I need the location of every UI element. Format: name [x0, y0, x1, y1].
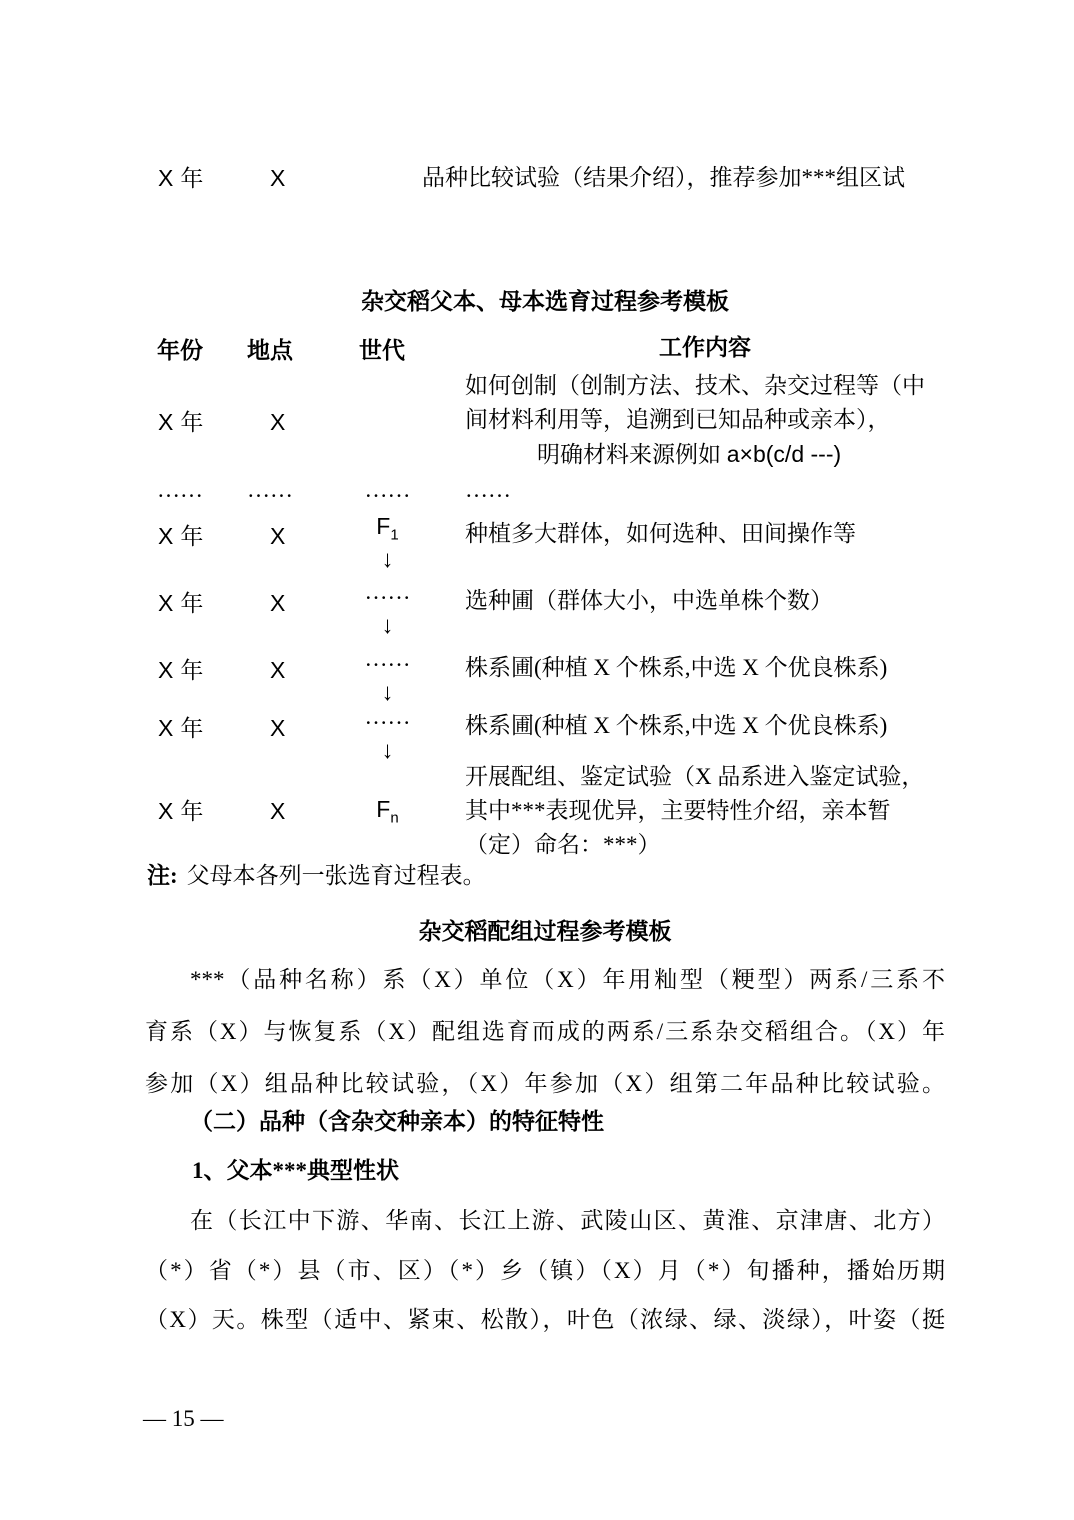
generation-ellipsis: ……: [340, 578, 435, 607]
sub-subsection-heading: 1、父本***典型性状: [192, 1157, 399, 1186]
continuation-row-location: X: [270, 164, 285, 193]
row-year-cell: X年: [158, 656, 203, 685]
subsection-heading: （二）品种（含杂交种亲本）的特征特性: [190, 1108, 604, 1137]
down-arrow-icon: ↓: [340, 739, 435, 763]
row-location-cell: X: [270, 714, 285, 743]
work-content-line: 其中***表现优异，主要特性介绍，亲本暂: [465, 797, 891, 826]
work-content-line: 选种圃（群体大小，中选单株个数）: [465, 587, 833, 616]
ellipsis-cell: ……: [157, 476, 203, 505]
work-content-line: 间材料利用等，追溯到已知品种或亲本），: [465, 406, 891, 435]
paragraph-line: ***（品种名称）系（X）单位（X）年用籼型（粳型）两系/三系不: [190, 966, 945, 995]
ellipsis-cell: ……: [340, 476, 435, 505]
row-location-cell: X: [270, 522, 285, 551]
ellipsis-cell: ……: [465, 476, 511, 505]
breeding-table-title: 杂交稻父本、母本选育过程参考模板: [145, 288, 945, 317]
down-arrow-icon: ↓: [340, 681, 435, 705]
row-location-cell: X: [270, 408, 285, 437]
table-note-label: 注:: [147, 863, 178, 888]
down-arrow-icon: ↓: [340, 614, 435, 638]
document-page: X年 X 品种比较试验（结果介绍），推荐参加***组区试 杂交稻父本、母本选育过…: [0, 0, 1074, 1520]
row-year-cell: X年: [158, 408, 203, 437]
generation-ellipsis: ……: [340, 645, 435, 674]
row-year-cell: X年: [158, 797, 203, 826]
work-content-line: 株系圃(种植 X 个株系,中选 X 个优良株系): [465, 712, 887, 741]
row-year-cell: X年: [158, 589, 203, 618]
generation-ellipsis: ……: [340, 703, 435, 732]
column-header-generation: 世代: [359, 337, 405, 366]
column-header-year: 年份: [157, 337, 203, 366]
table-note-text: 父母本各列一张选育过程表。: [187, 863, 486, 888]
row-location-cell: X: [270, 589, 285, 618]
generation-f1: F1: [340, 512, 435, 545]
down-arrow-icon: ↓: [340, 548, 435, 572]
paragraph-line: 育系（X）与恢复系（X）配组选育而成的两系/三系杂交稻组合。（X）年: [145, 1018, 945, 1047]
table-note: 注:父母本各列一张选育过程表。: [147, 862, 486, 891]
continuation-row-content: 品种比较试验（结果介绍），推荐参加***组区试: [422, 164, 905, 193]
cross-formula: a×b(c/d ---): [727, 441, 841, 467]
work-content-line: 株系圃(种植 X 个株系,中选 X 个优良株系): [465, 654, 887, 683]
work-content-line: 开展配组、鉴定试验（X 品系进入鉴定试验，: [465, 763, 924, 792]
pairing-section-title: 杂交稻配组过程参考模板: [145, 918, 945, 947]
body-line: （X）天。株型（适中、紧束、松散），叶色（浓绿、绿、淡绿），叶姿（挺: [145, 1306, 945, 1335]
ellipsis-cell: ……: [247, 476, 293, 505]
row-year-cell: X年: [158, 714, 203, 743]
body-line: （*）省（*）县（市、区）（*）乡（镇）（X）月（*）旬播种，播始历期: [145, 1257, 945, 1286]
row-year-cell: X年: [158, 522, 203, 551]
paragraph-line: 参加（X）组品种比较试验，（X）年参加（X）组第二年品种比较试验。: [145, 1070, 945, 1099]
column-header-location: 地点: [247, 337, 293, 366]
generation-fn: Fn: [340, 795, 435, 828]
work-content-line: （定）命名：***）: [465, 831, 661, 860]
work-content-line: 明确材料来源例如 a×b(c/d ---): [537, 440, 841, 470]
work-content-line: 种植多大群体，如何选种、田间操作等: [465, 520, 856, 549]
row-location-cell: X: [270, 797, 285, 826]
row-location-cell: X: [270, 656, 285, 685]
continuation-row-year: X年: [158, 164, 203, 193]
page-number: — 15 —: [143, 1405, 224, 1434]
work-content-line: 如何创制（创制方法、技术、杂交过程等（中: [465, 372, 925, 401]
column-header-work: 工作内容: [465, 334, 945, 363]
body-line: 在（长江中下游、华南、长江上游、武陵山区、黄淮、京津唐、北方）: [190, 1207, 945, 1236]
